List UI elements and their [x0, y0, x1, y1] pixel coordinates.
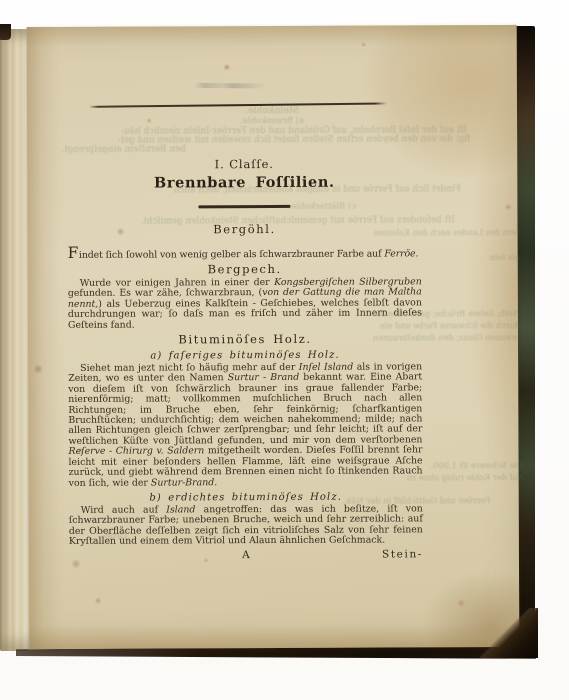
bleedthrough-text: Noth; ſieben Brüche; ganz ohne zu — [406, 309, 520, 319]
paragraph: Wird auch auf Island angetroffen: das wa… — [69, 504, 423, 547]
catchword: Stein- — [382, 548, 423, 561]
heading-section: Bergpech. — [68, 261, 422, 277]
text-column: I. Claſſe.Brennbare Foſſilien.Bergöhl.Fi… — [67, 99, 423, 562]
book-page: Steinkohle.a) Braunkohle.Iſt auf der Inſ… — [27, 25, 520, 649]
paragraph: Wurde vor einigen Jahren in einer der Ko… — [68, 277, 422, 331]
paragraph: Findet ſich ſowohl von wenig gelber als … — [68, 245, 422, 262]
cover-corner-bottom-right — [480, 608, 538, 658]
heading-class-number: I. Claſſe. — [67, 156, 421, 172]
bleedthrough-text: durch die ſchwarze Farbe und ein — [406, 321, 520, 331]
paragraph: Siehet man jezt nicht ſo häufig mehr auf… — [68, 362, 423, 488]
book-photo: Steinkohle.a) Braunkohle.Iſt auf der Inſ… — [0, 0, 569, 700]
bleedthrough-text: Die Schwere iſt 1,000. — [409, 461, 524, 471]
bleedthrough-text: Auf der Kohle ruhig ohne zu — [409, 473, 524, 483]
heading-section: Bituminöſes Holz. — [68, 331, 422, 347]
drop-initial: F — [68, 244, 79, 262]
bleedthrough-text: als ſein — [460, 253, 520, 262]
signature-mark: A — [242, 549, 250, 562]
cover-corner-top-left — [0, 24, 11, 40]
bleedthrough-text: ſern des Landes nach den Kolonien — [410, 228, 520, 237]
printed-rule-short — [198, 205, 290, 208]
printed-rule-long — [89, 102, 387, 107]
heading-section: Bergöhl. — [68, 221, 422, 237]
heading-main-title: Brennbare Foſſilien. — [67, 172, 421, 194]
book: Steinkohle.a) Braunkohle.Iſt auf der Inſ… — [0, 24, 538, 660]
bleedthrough-text: braunen Glanz; den dunkelbraunen — [406, 333, 520, 343]
signature-line: AStein- — [69, 548, 423, 563]
